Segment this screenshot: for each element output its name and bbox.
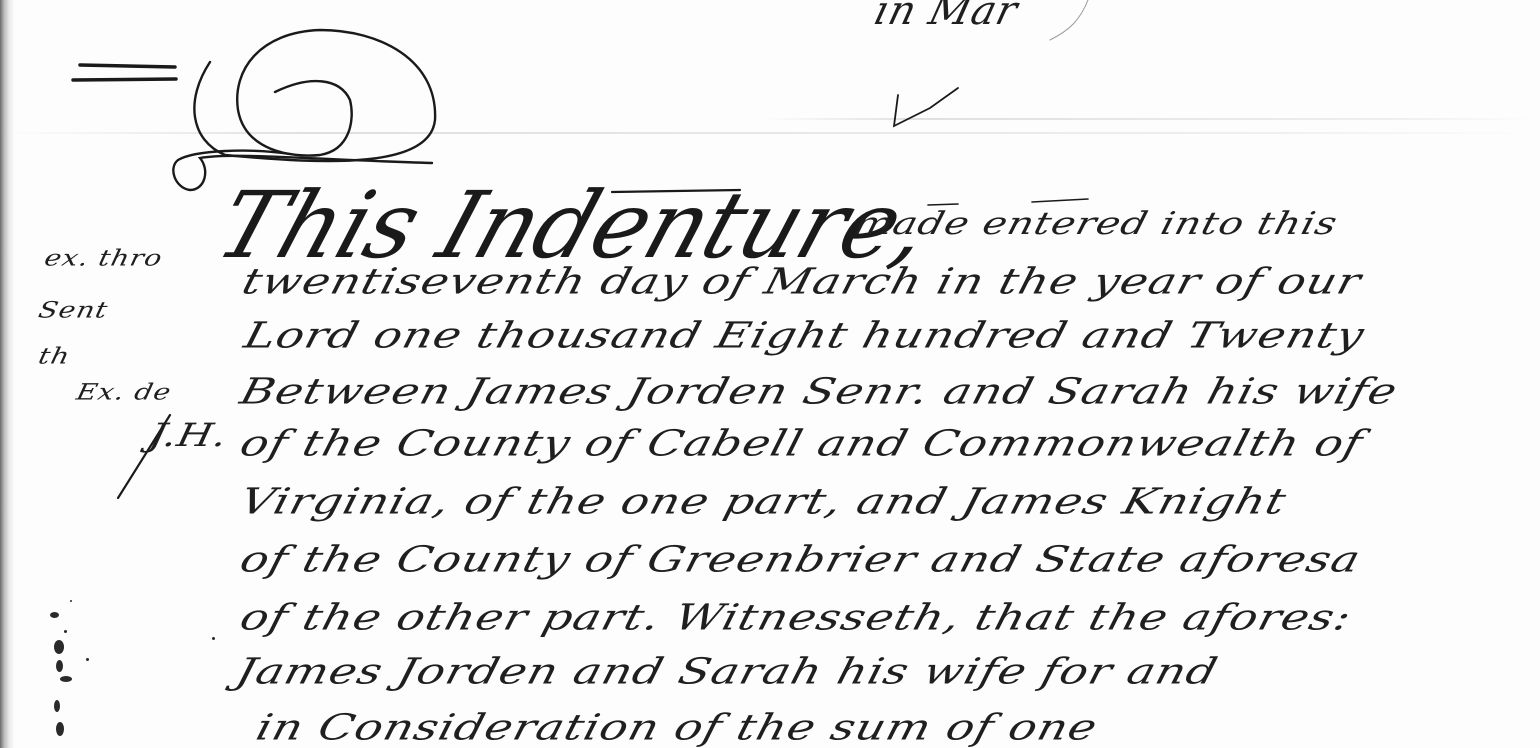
margin-initials: J.H. <box>146 417 231 454</box>
document-line-1: made entered into this <box>850 206 1342 242</box>
document-line-6: Virginia, of the one part, and James Kni… <box>236 480 1291 522</box>
margin-note-line-1: ex. thro <box>42 245 165 271</box>
margin-note-line-3: th <box>36 343 73 369</box>
oval-flourish-icon <box>194 30 435 161</box>
document-line-5: of the County of Cabell and Commonwealth… <box>236 422 1367 464</box>
double-rule-icon <box>80 65 175 67</box>
margin-note-line-4: Ex. de <box>74 379 174 405</box>
document-line-9: James Jorden and Sarah his wife for and <box>232 650 1223 692</box>
document-line-10: in Consideration of the sum of one <box>252 706 1102 748</box>
check-mark-icon <box>894 88 958 126</box>
document-line-2: twentiseventh day of March in the year o… <box>238 260 1366 302</box>
document-line-4: Between James Jorden Senr. and Sarah his… <box>236 370 1402 412</box>
document-line-8: of the other part. Witnesseth, that the … <box>236 596 1356 638</box>
scanned-deed-page: in Mar This Indenture, made entered into… <box>0 0 1540 748</box>
margin-note-line-2: Sent <box>36 297 111 323</box>
document-line-7: of the County of Greenbrier and State af… <box>236 538 1365 580</box>
document-line-3: Lord one thousand Eight hundred and Twen… <box>240 314 1369 356</box>
